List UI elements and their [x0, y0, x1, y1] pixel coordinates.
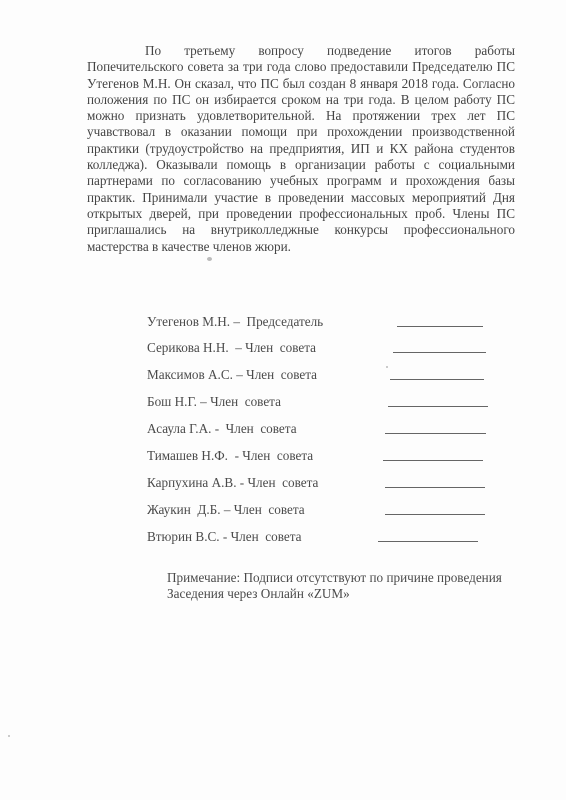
paragraph-line: партнерами по согласованию учебных прогр…	[87, 173, 515, 189]
member-name: Жаукин Д.Б.	[147, 502, 221, 517]
paragraph-line: По третьему вопросу подведение итогов ра…	[87, 43, 515, 59]
note-line: Заседения через Онлайн «ZUM»	[167, 586, 547, 602]
note-line: Примечание: Подписи отсутствуют по причи…	[167, 570, 547, 586]
member-name: Асаула Г.А.	[147, 421, 211, 436]
scan-speck	[8, 735, 10, 737]
paragraph-line: открытых дверей, при проведении професси…	[87, 206, 515, 222]
member-role: – Член совета	[232, 340, 316, 355]
member-row: Утегенов М.Н. – Председатель	[147, 314, 323, 330]
member-role: - Член совета	[215, 421, 297, 436]
member-row: Жаукин Д.Б. – Член совета	[147, 502, 305, 518]
signature-line	[388, 406, 488, 407]
member-row: Втюрин В.С. - Член совета	[147, 529, 301, 545]
signature-line	[383, 460, 483, 461]
member-row: Бош Н.Г. – Член совета	[147, 394, 281, 410]
member-name: Серикова Н.Н.	[147, 340, 229, 355]
member-row: Карпухина А.В. - Член совета	[147, 475, 318, 491]
member-role: – Член совета	[236, 367, 317, 382]
paragraph-line: приглашались на внутриколледжные конкурс…	[87, 222, 515, 238]
signature-line	[385, 433, 486, 434]
paragraph-line: положения по ПС он избирается сроком на …	[87, 92, 515, 108]
scan-speck	[207, 257, 212, 261]
minutes-paragraph: По третьему вопросу подведение итогов ра…	[87, 43, 515, 255]
member-role: - Член совета	[231, 448, 313, 463]
paragraph-line: Попечительского совета за три года слово…	[87, 59, 515, 75]
note: Примечание: Подписи отсутствуют по причи…	[167, 570, 547, 602]
member-row: Тимашев Н.Ф. - Член совета	[147, 448, 313, 464]
member-name: Утегенов М.Н.	[147, 314, 230, 329]
paragraph-line: учавствовал в оказании помощи при прохож…	[87, 124, 515, 140]
paragraph-line: практики (трудоустройство на предприятия…	[87, 141, 515, 157]
scan-speck	[386, 366, 388, 368]
member-name: Тимашев Н.Ф.	[147, 448, 228, 463]
paragraph-line: мастерства в качестве членов жюри.	[87, 239, 515, 255]
member-name: Бош Н.Г.	[147, 394, 197, 409]
signature-line	[397, 326, 483, 327]
member-role: – Председатель	[233, 314, 323, 329]
scanned-document-page: По третьему вопросу подведение итогов ра…	[0, 0, 566, 800]
member-row: Асаула Г.А. - Член совета	[147, 421, 297, 437]
paragraph-line: можно признать удовлетворительной. На пр…	[87, 108, 515, 124]
member-row: Серикова Н.Н. – Член совета	[147, 340, 316, 356]
member-name: Втюрин В.С.	[147, 529, 220, 544]
member-role: - Член совета	[240, 475, 319, 490]
member-role: – Член совета	[224, 502, 305, 517]
signature-line	[385, 487, 485, 488]
signature-line	[385, 514, 485, 515]
member-role: - Член совета	[223, 529, 302, 544]
paragraph-line: Утегенов М.Н. Он сказал, что ПС был созд…	[87, 76, 515, 92]
member-name: Максимов А.С.	[147, 367, 233, 382]
paragraph-line: практик. Принимали участие в проведении …	[87, 190, 515, 206]
member-row: Максимов А.С. – Член совета	[147, 367, 317, 383]
signature-line	[390, 379, 484, 380]
member-name: Карпухина А.В.	[147, 475, 237, 490]
signature-line	[378, 541, 478, 542]
paragraph-line: колледжа). Оказывали помощь в организаци…	[87, 157, 515, 173]
signature-line	[393, 352, 486, 353]
member-role: – Член совета	[200, 394, 281, 409]
